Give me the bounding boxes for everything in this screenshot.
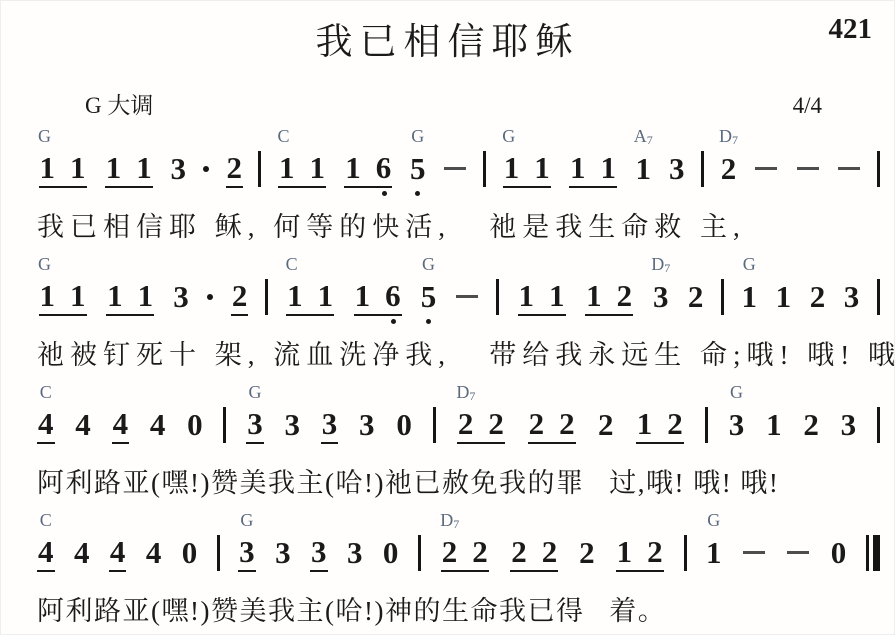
note-digit: 2 [441, 533, 459, 570]
note: 2 [578, 510, 596, 584]
dot-glyph [207, 294, 213, 300]
octave-dot-slot [614, 571, 633, 584]
sheet-header: 我已相信耶稣 421 [1, 1, 894, 65]
note-digit: 3 [346, 534, 364, 571]
chord-seventh: 7 [732, 133, 738, 147]
note: G5 [420, 254, 438, 328]
note-digit: 0 [186, 406, 204, 443]
note-digit: 1 [39, 149, 57, 186]
music-system: C44440G33330D72222212G3123阿利路亚(嘿!)赞美我主(哈… [37, 382, 880, 500]
note-digit: 6 [375, 149, 393, 186]
chord-label: G [240, 510, 253, 534]
note-digit: 0 [181, 534, 199, 571]
octave-dot-slot [277, 187, 296, 200]
note-digit: 1 [309, 149, 327, 186]
chord-label: D7 [439, 510, 459, 534]
octave-dot-slot [548, 315, 567, 328]
note: 4 [149, 382, 167, 456]
chord-label: G [37, 126, 51, 150]
note-digit: 1 [39, 277, 57, 314]
note-digit: 1 [616, 533, 634, 570]
note: G3 [238, 510, 256, 584]
beamed-group: 11 [569, 149, 617, 188]
note-digit: 2 [687, 278, 705, 315]
note-digit: 1 [135, 149, 153, 186]
note: A71 [634, 126, 653, 200]
duration-dash [442, 126, 468, 200]
notation-line: G111132C1116G51112D732G1123 [37, 254, 880, 328]
octave-dot-slot [533, 187, 552, 200]
note-digit: 4 [37, 405, 55, 444]
octave-dot-slot [317, 315, 336, 328]
note-group: 11 [568, 126, 619, 200]
barline [418, 510, 421, 584]
beamed-group: 12 [585, 277, 633, 316]
beamed-group: 12 [616, 533, 664, 572]
beamed-group: 11 [106, 277, 154, 316]
rest-note: 0 [395, 382, 413, 456]
note-digit: 1 [741, 278, 759, 315]
note-digit: 1 [317, 277, 335, 314]
low-octave-dot [391, 319, 396, 324]
note: 3 [843, 254, 861, 328]
note: C4 [37, 382, 55, 456]
note-digit: 4 [145, 534, 163, 571]
octave-dot-slot [516, 315, 535, 328]
note-digit: 4 [149, 406, 167, 443]
note-group: D722 [455, 382, 506, 456]
chord-seventh: 7 [664, 261, 670, 275]
note-digit: 3 [274, 534, 292, 571]
note: 2 [687, 254, 705, 328]
note: G3 [728, 382, 746, 456]
note-digit: 0 [830, 534, 848, 571]
chord-label: C [285, 254, 298, 278]
chord-label: A7 [634, 126, 653, 150]
note-digit: 1 [636, 405, 654, 442]
note-group: C11 [285, 254, 336, 328]
octave-dot-slot [501, 187, 520, 200]
octave-dot-slot [69, 187, 88, 200]
note: 2 [597, 382, 615, 456]
barline [684, 510, 687, 584]
note-digit: 1 [775, 278, 793, 315]
octave-dot-slot [135, 187, 154, 200]
barline-stroke [217, 535, 220, 571]
note-digit: 4 [73, 534, 91, 571]
note: 3 [172, 254, 190, 328]
barline-stroke [721, 279, 724, 315]
dash-glyph [743, 551, 765, 554]
chord-label: G [501, 126, 515, 150]
chord-label: G [707, 510, 720, 534]
note-digit: 3 [728, 406, 746, 443]
song-title: 我已相信耶稣 [1, 11, 894, 65]
octave-dot-slot [352, 315, 371, 328]
lyrics-line: 我已相信耶 稣, 何等的快活, 祂是我生命救 主, [37, 205, 880, 244]
note-digit: 4 [109, 533, 127, 572]
chord-seventh: 7 [453, 517, 459, 531]
octave-dot-slot [634, 443, 653, 456]
note-group: 11 [103, 126, 154, 200]
lyrics-line: 祂被钉死十 架, 流血洗净我, 带给我永远生 命;哦! 哦! 哦! [37, 333, 880, 372]
dash-glyph [755, 167, 777, 170]
note-group: 11 [516, 254, 567, 328]
duration-dash [753, 126, 779, 200]
note: G3 [246, 382, 264, 456]
chord-seventh: 7 [469, 389, 475, 403]
note-digit: 2 [457, 405, 475, 442]
duration-dash [836, 126, 862, 200]
notation-line: C44440G33330D72222212G3123 [37, 382, 880, 456]
thick-stroke [873, 535, 880, 571]
note: 2 [802, 382, 820, 456]
note-digit: 1 [503, 149, 521, 186]
note: 1 [775, 254, 793, 328]
rest-note: 0 [186, 382, 204, 456]
chord-label: G [730, 382, 743, 406]
final-barline [866, 510, 880, 584]
note-digit: 2 [541, 533, 559, 570]
music-system: G111132C1116G51112D732G1123祂被钉死十 架, 流血洗净… [37, 254, 880, 372]
note: D72 [719, 126, 738, 200]
note-digit: 3 [843, 278, 861, 315]
note: D73 [651, 254, 670, 328]
barline [223, 382, 226, 456]
dash-glyph [456, 295, 478, 298]
octave-dot-slot [616, 315, 635, 328]
meta-row: G 大调 4/4 [1, 87, 894, 120]
note-digit: 3 [283, 406, 301, 443]
chord-label: D7 [719, 126, 738, 150]
hymn-sheet: 我已相信耶稣 421 G 大调 4/4 G111132C1116G5G1111A… [0, 0, 895, 635]
octave-dot-slot [455, 443, 474, 456]
low-octave-dot [415, 191, 420, 196]
note-group: 12 [614, 510, 665, 584]
octave-dot-slot [309, 187, 328, 200]
note-digit: 1 [105, 149, 123, 186]
note-digit: 1 [705, 534, 723, 571]
note-digit: 2 [231, 277, 249, 316]
note-digit: 0 [382, 534, 400, 571]
beamed-group: 11 [105, 149, 153, 188]
barline-stroke [705, 407, 708, 443]
note: 2 [809, 254, 827, 328]
note-digit: 1 [137, 277, 155, 314]
beamed-group: 11 [286, 277, 334, 316]
note: G5 [409, 126, 427, 200]
barline [433, 382, 436, 456]
note-digit: 3 [321, 405, 339, 444]
note-digit: 2 [510, 533, 528, 570]
octave-dot-slot [137, 315, 156, 328]
thin-stroke [866, 535, 869, 571]
barline-stroke [483, 151, 486, 187]
note-group: 11 [105, 254, 156, 328]
note-group: C11 [277, 126, 328, 200]
chord-label: G [743, 254, 756, 278]
note-digit: 1 [635, 150, 653, 187]
note-digit: 1 [518, 277, 536, 314]
beamed-group: 11 [39, 149, 87, 188]
lyrics-line: 阿利路亚(嘿!)赞美我主(哈!)祂已赦免我的罪 过,哦! 哦! 哦! [37, 461, 880, 500]
beamed-group: 11 [39, 277, 87, 316]
note: 3 [321, 382, 339, 456]
low-octave-dot [382, 191, 387, 196]
note: 2 [226, 126, 244, 200]
note-digit: 1 [533, 149, 551, 186]
beamed-group: 11 [503, 149, 551, 188]
note-digit: 4 [112, 405, 130, 444]
note: 3 [346, 510, 364, 584]
music-systems: G111132C1116G5G1111A713D72我已相信耶 稣, 何等的快活… [1, 124, 894, 628]
note: 4 [112, 382, 130, 456]
note-digit: 1 [286, 277, 304, 314]
octave-dot-slot [384, 315, 403, 328]
note-group: D722 [439, 510, 490, 584]
augmentation-dot [202, 126, 210, 200]
music-system: G111132C1116G5G1111A713D72我已相信耶 稣, 何等的快活… [37, 126, 880, 244]
barline-stroke [701, 151, 704, 187]
note: 3 [840, 382, 858, 456]
note-digit: 1 [106, 277, 124, 314]
note-group: 12 [584, 254, 635, 328]
octave-dot-slot [526, 443, 545, 456]
note-digit: 5 [420, 278, 438, 315]
barline [877, 254, 880, 328]
note: 1 [765, 382, 783, 456]
note: C4 [37, 510, 55, 584]
chord-label: G [37, 254, 51, 278]
note-digit: 3 [238, 533, 256, 572]
dash-glyph [787, 551, 809, 554]
octave-dot-slot [646, 571, 665, 584]
beamed-group: 22 [528, 405, 576, 444]
beamed-group: 11 [278, 149, 326, 188]
note-digit: 2 [226, 149, 244, 188]
lyrics-line: 阿利路亚(嘿!)赞美我主(哈!)神的生命我已得 着。 [37, 589, 880, 628]
note: 4 [74, 382, 92, 456]
note-digit: 6 [384, 277, 402, 314]
chord-label: G [411, 126, 424, 150]
note-group: G11 [37, 126, 88, 200]
beamed-group: 11 [518, 277, 566, 316]
dash-glyph [838, 167, 860, 170]
augmentation-dot [206, 254, 214, 328]
note-digit: 3 [840, 406, 858, 443]
note-digit: 3 [170, 150, 188, 187]
octave-dot-slot [343, 187, 362, 200]
octave-dot-slot [509, 571, 528, 584]
chord-label: G [248, 382, 261, 406]
note-digit: 2 [471, 533, 489, 570]
chord-seventh: 7 [647, 133, 653, 147]
barline [877, 126, 880, 200]
chord-label: C [40, 510, 52, 534]
note-group: 16 [343, 126, 394, 200]
barline-stroke [433, 407, 436, 443]
barline-stroke [265, 279, 268, 315]
octave-dot-slot [541, 571, 560, 584]
low-octave-dot [426, 319, 431, 324]
beamed-group: 12 [636, 405, 684, 444]
note: 4 [73, 510, 91, 584]
note-digit: 1 [278, 149, 296, 186]
octave-dot-slot [37, 315, 56, 328]
note-digit: 1 [69, 277, 87, 314]
note-digit: 2 [809, 278, 827, 315]
duration-dash [785, 510, 811, 584]
note-digit: 2 [802, 406, 820, 443]
hymn-number: 421 [829, 13, 873, 46]
barline [877, 382, 880, 456]
barline [217, 510, 220, 584]
note: 4 [109, 510, 127, 584]
octave-dot-slot [568, 187, 587, 200]
note: 2 [231, 254, 249, 328]
note-digit: 2 [597, 406, 615, 443]
duration-dash [795, 126, 821, 200]
barline [496, 254, 499, 328]
note-digit: 5 [409, 150, 427, 187]
note-digit: 2 [578, 534, 596, 571]
octave-dot-slot [584, 315, 603, 328]
dot-glyph [203, 166, 209, 172]
note: G1 [705, 510, 723, 584]
note: 4 [145, 510, 163, 584]
octave-dot-slot [105, 315, 124, 328]
octave-dot-slot [666, 443, 685, 456]
octave-dot-slot [37, 187, 56, 200]
note: 3 [668, 126, 686, 200]
note-digit: 2 [487, 405, 505, 442]
note-digit: 2 [720, 150, 738, 187]
barline-stroke [877, 279, 880, 315]
note-digit: 1 [600, 149, 618, 186]
barline [701, 126, 704, 200]
barline [705, 382, 708, 456]
barline [483, 126, 486, 200]
note-digit: 3 [652, 278, 670, 315]
dash-glyph [444, 167, 466, 170]
barline-stroke [496, 279, 499, 315]
note-group: G11 [501, 126, 552, 200]
chord-label: C [277, 126, 290, 150]
octave-dot-slot [103, 187, 122, 200]
duration-dash [454, 254, 480, 328]
note-digit: 3 [172, 278, 190, 315]
note-digit: 2 [528, 405, 546, 442]
barline [721, 254, 724, 328]
octave-dot-slot [375, 187, 394, 200]
note-digit: 2 [646, 533, 664, 570]
note-digit: 1 [569, 149, 587, 186]
key-signature: G 大调 [85, 87, 153, 120]
note-digit: 2 [616, 277, 634, 314]
note-digit: 3 [310, 533, 328, 572]
note: 3 [274, 510, 292, 584]
note-digit: 2 [558, 405, 576, 442]
barline-stroke [684, 535, 687, 571]
rest-note: 0 [382, 510, 400, 584]
note-group: 22 [526, 382, 577, 456]
note-digit: 1 [765, 406, 783, 443]
barline-stroke [877, 151, 880, 187]
note: 3 [310, 510, 328, 584]
beamed-group: 22 [510, 533, 558, 572]
octave-dot-slot [487, 443, 506, 456]
rest-note: 0 [830, 510, 848, 584]
note-digit: 3 [668, 150, 686, 187]
time-signature: 4/4 [793, 93, 822, 119]
note-digit: 4 [74, 406, 92, 443]
note: 3 [283, 382, 301, 456]
note-group: G11 [37, 254, 88, 328]
beamed-group: 22 [457, 405, 505, 444]
note-digit: 1 [344, 149, 362, 186]
octave-dot-slot [439, 571, 458, 584]
octave-dot-slot [471, 571, 490, 584]
chord-label: C [40, 382, 52, 406]
note-group: 12 [634, 382, 685, 456]
note-digit: 3 [246, 405, 264, 444]
duration-dash [741, 510, 767, 584]
note-digit: 1 [585, 277, 603, 314]
note-digit: 2 [666, 405, 684, 442]
rest-note: 0 [181, 510, 199, 584]
octave-dot-slot [69, 315, 88, 328]
dash-glyph [797, 167, 819, 170]
barline-stroke [258, 151, 261, 187]
note-group: 16 [352, 254, 403, 328]
note-digit: 1 [354, 277, 372, 314]
chord-label: D7 [455, 382, 475, 406]
chord-label: D7 [651, 254, 670, 278]
music-system: C44440G33330D72222212G10阿利路亚(嘿!)赞美我主(哈!)… [37, 510, 880, 628]
barline-stroke [223, 407, 226, 443]
note-group: 22 [509, 510, 560, 584]
note-digit: 1 [548, 277, 566, 314]
notation-line: C44440G33330D72222212G10 [37, 510, 880, 584]
beamed-group: 22 [441, 533, 489, 572]
notation-line: G111132C1116G5G1111A713D72 [37, 126, 880, 200]
barline-stroke [877, 407, 880, 443]
note-digit: 3 [358, 406, 376, 443]
octave-dot-slot [558, 443, 577, 456]
note-digit: 1 [69, 149, 87, 186]
chord-label: G [422, 254, 435, 278]
barline [265, 254, 268, 328]
note-digit: 0 [395, 406, 413, 443]
octave-dot-slot [285, 315, 304, 328]
beamed-group: 16 [344, 149, 392, 188]
beamed-group: 16 [354, 277, 402, 316]
barline [258, 126, 261, 200]
barline-stroke [418, 535, 421, 571]
note: G1 [741, 254, 759, 328]
note: 3 [170, 126, 188, 200]
octave-dot-slot [600, 187, 619, 200]
note-digit: 4 [37, 533, 55, 572]
note: 3 [358, 382, 376, 456]
